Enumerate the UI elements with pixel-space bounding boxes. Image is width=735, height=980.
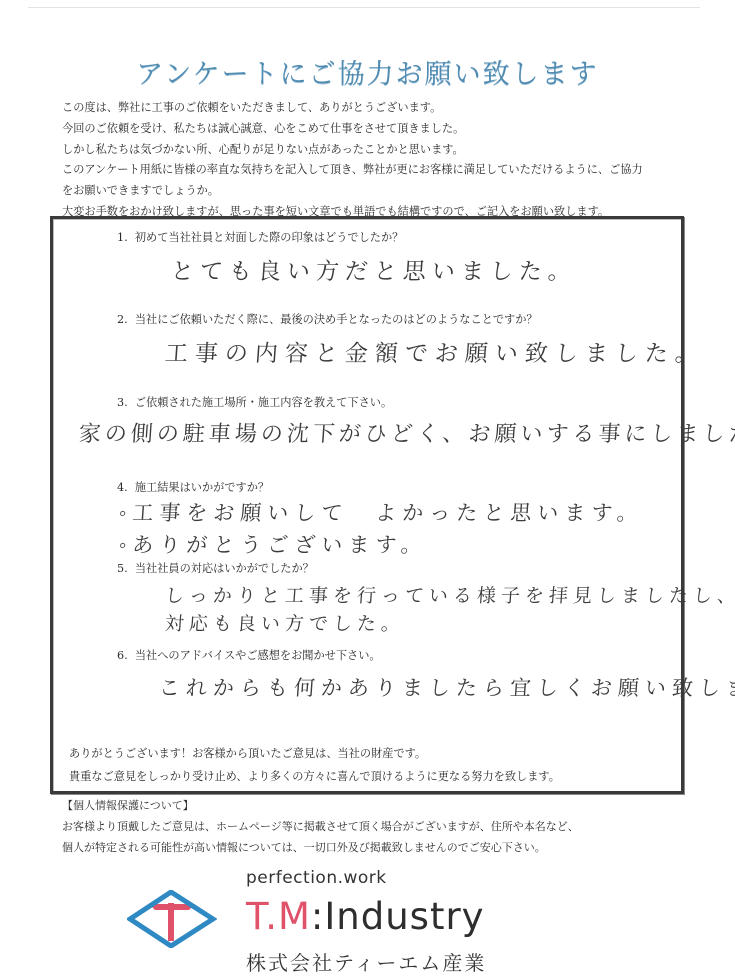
answer-4-line-1: ◦工事をお願いして よかったと思います。: [118, 497, 645, 527]
answer-6: これからも何かありましたら宜しくお願い致します。: [158, 672, 735, 702]
intro-line: 今回のご依頼を受け、私たちは誠心誠意、心をこめて仕事をさせて頂きました。: [62, 119, 702, 140]
survey-title: アンケートにご協力お願い致します: [0, 52, 735, 91]
answer-3: 家の側の駐車場の沈下がひどく、お願いする事にしました。: [78, 417, 735, 448]
thanks-line: ありがとうございます！お客様から頂いたご意見は、当社の財産です。: [69, 745, 426, 761]
company-brand: T.M:Industry: [246, 895, 485, 938]
questionnaire-box: 1. 初めて当社社員と対面した際の印象はどうでしたか？ とても良い方だと思いまし…: [50, 216, 684, 794]
brand-suffix: :Industry: [311, 895, 485, 938]
answer-4-line-2: ◦ありがとうございます。: [118, 529, 429, 559]
question-2: 2. 当社にご依頼いただく際に、最後の決め手となったのはどのようなことですか？: [117, 311, 538, 327]
privacy-notice: 【個人情報保護について】 お客様より頂戴したご意見は、ホームページ等に掲載させて…: [62, 795, 579, 858]
company-name-jp: 株式会社ティーエム産業: [246, 947, 486, 976]
intro-line: この度は、弊社に工事のご依頼をいただきまして、ありがとうございます。: [62, 98, 702, 119]
intro-paragraph: この度は、弊社に工事のご依頼をいただきまして、ありがとうございます。 今回のご依…: [62, 98, 702, 223]
privacy-heading: 【個人情報保護について】: [62, 795, 579, 816]
privacy-line: お客様より頂戴したご意見は、ホームページ等に掲載させて頂く場合がございますが、住…: [62, 816, 579, 837]
question-1: 1. 初めて当社社員と対面した際の印象はどうでしたか？: [117, 229, 403, 245]
intro-line: をお願いできますでしょうか。: [62, 181, 702, 202]
question-6: 6. 当社へのアドバイスやご感想をお聞かせ下さい。: [117, 647, 381, 663]
diamond-t-logo-icon: [127, 890, 217, 948]
intro-line: しかし私たちは気づかない所、心配りが足りない点があったことかと思います。: [62, 140, 702, 161]
brand-initials: T.M: [246, 895, 311, 938]
answer-1: とても良い方だと思いました。: [170, 253, 578, 286]
company-tagline: perfection.work: [246, 868, 387, 888]
privacy-line: 個人が特定される可能性が高い情報については、一切口外及び掲載致しませんのでご安心…: [62, 837, 579, 858]
commitment-line: 貴重なご意見をしっかり受け止め、より多くの方々に喜んで頂けるように更なる努力を致…: [69, 768, 560, 784]
answer-5-line-1: しっかりと工事を行っている様子を拝見しましたし、: [164, 581, 735, 608]
answer-5-line-2: 対応も良い方でした。: [164, 609, 406, 636]
answer-2: 工事の内容と金額でお願い致しました。: [164, 335, 706, 368]
question-4: 4. 施工結果はいかがですか？: [117, 479, 269, 495]
question-5: 5. 当社社員の対応はいかがでしたか？: [117, 560, 314, 576]
scan-edge-line: [28, 7, 700, 8]
intro-line: このアンケート用紙に皆様の率直な気持ちを記入して頂き、弊社が更にお客様に満足して…: [62, 160, 702, 181]
question-3: 3. ご依頼された施工場所・施工内容を教えて下さい。: [117, 394, 392, 410]
